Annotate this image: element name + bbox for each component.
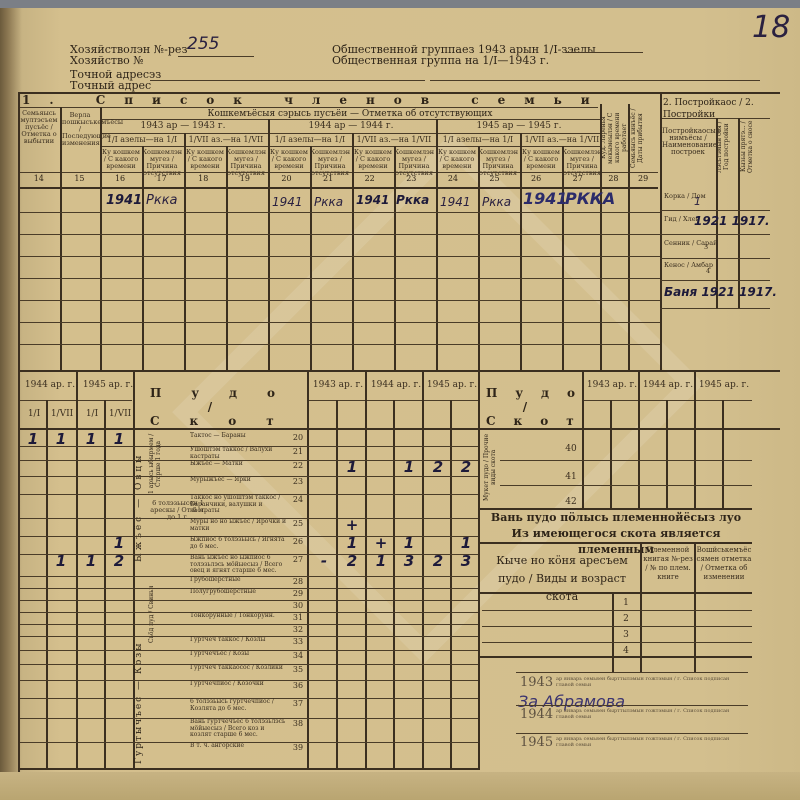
building-num: 1 xyxy=(694,195,701,208)
signature-year-1945: 1945 xyxy=(520,735,553,750)
livestock-row-label: Тонкорунные / Тонкорунн. xyxy=(190,613,286,620)
livestock-row-num: 26 xyxy=(290,537,306,546)
col28-label: Куд. Ларенья мекымеылэн / С какого време… xyxy=(600,104,628,172)
page-bottom xyxy=(0,772,800,800)
col29-label: Семьяысь кинъёс / Даты прибытия xyxy=(630,104,658,172)
grid-line xyxy=(600,104,602,372)
livestock-cell-mid: 2 xyxy=(426,552,450,570)
livestock-row-label: Мурыжъёс — Ярки xyxy=(190,477,286,484)
building-year: 1921 1917. xyxy=(694,214,770,228)
buildings-col-label: Постройкаосыя нимъёсы / Наименование пос… xyxy=(662,128,714,156)
livestock-row-num: 39 xyxy=(290,743,306,752)
row-rule xyxy=(20,600,478,601)
grid-line xyxy=(100,107,102,372)
subhead: 1/VII аз.—на 1/VII xyxy=(184,136,268,143)
year-1945: 1945 ар. г. xyxy=(696,380,752,390)
livestock-cell-mid: 1 xyxy=(369,552,393,570)
year-1943: 1943 ар. г. xyxy=(310,380,366,390)
livestock-row-num: 24 xyxy=(290,495,306,504)
signature-line xyxy=(516,733,748,734)
livestock-row-label: Вань гуртчечъёс 6 толэзьлэсь мӧйыесыз / … xyxy=(190,719,286,739)
livestock-cell-mid: 1 xyxy=(340,458,364,476)
livestock-row-num: 22 xyxy=(290,461,306,470)
col-num: 19 xyxy=(224,174,266,186)
row-rule xyxy=(20,322,660,323)
livestock-cell-left: 2 xyxy=(108,552,130,570)
livestock-row-num: 33 xyxy=(290,637,306,646)
livestock-row-num: 20 xyxy=(290,433,306,442)
cell-c24: 1941 xyxy=(440,195,471,209)
grid-line xyxy=(76,372,78,770)
sub-col-when: Ку кошкем / С какого времени xyxy=(102,149,140,170)
sub-col-when: Ку кошкем / С какого времени xyxy=(438,149,476,170)
grid-line xyxy=(638,372,640,510)
row-rule xyxy=(660,308,770,309)
grid-line xyxy=(478,372,480,770)
year-1944: 1944 ар. г. xyxy=(22,380,78,390)
subhead: 1/I азелы—на 1/I xyxy=(436,136,520,143)
rule xyxy=(480,542,752,544)
grid-line xyxy=(142,146,144,372)
underline xyxy=(150,80,425,81)
row-rule xyxy=(482,642,752,643)
livestock-row-label: Вань ыжъёс но ыжпиос 6 толэзьлэсь мӧйыес… xyxy=(190,555,286,575)
grid-line xyxy=(226,146,228,372)
livestock-cell-mid: 1 xyxy=(397,534,421,552)
col-num: 23 xyxy=(391,174,433,186)
col-num: 16 xyxy=(99,174,141,186)
livestock-cell-mid: 2 xyxy=(340,552,364,570)
grid-line xyxy=(46,400,48,770)
livestock-row-label: Гуртчечъёс / Козы xyxy=(190,651,286,658)
year-group-1943: 1943 ар — 1943 г. xyxy=(100,121,266,131)
year-group-1945: 1945 ар — 1945 г. xyxy=(436,121,602,131)
livestock-cell-mid: 2 xyxy=(454,458,478,476)
livestock-cell-left: 1 xyxy=(108,430,130,448)
livestock-row-num: 37 xyxy=(290,699,306,708)
sub-col-when: Ку кошкем / С какого времени xyxy=(522,149,560,170)
pedigree-row-num: 1 xyxy=(614,598,638,608)
rule xyxy=(18,768,480,770)
row-rule xyxy=(660,258,770,259)
row-rule xyxy=(20,344,660,345)
grid-line xyxy=(628,104,630,372)
col-num: 21 xyxy=(307,174,349,186)
livestock-cell-mid: 1 xyxy=(340,534,364,552)
livestock-cell-mid: 3 xyxy=(397,552,421,570)
cell-c27: РККА xyxy=(565,189,615,208)
livestock-cell-mid: - xyxy=(312,552,336,570)
livestock-row-num: 35 xyxy=(290,665,306,674)
pedigree-row-num: 4 xyxy=(614,646,638,656)
grid-line xyxy=(450,400,452,770)
livestock-cell-left: 1 xyxy=(80,552,102,570)
grid-line xyxy=(60,107,62,372)
livestock-row-num: 32 xyxy=(290,625,306,634)
grid-line xyxy=(18,92,20,772)
col-num: 17 xyxy=(141,174,183,186)
livestock-row-num: 27 xyxy=(290,555,306,564)
grid-line xyxy=(104,400,106,770)
signature-text: ар январь семьяен бырттылэмын гожтэмын /… xyxy=(556,736,746,748)
pedigree-row-num: 2 xyxy=(614,614,638,624)
row-rule xyxy=(482,626,752,627)
livestock-row-num: 29 xyxy=(290,589,306,598)
subhead: 1/VII аз.—на 1/VII xyxy=(520,136,604,143)
rule xyxy=(660,118,770,119)
page-number: 18 xyxy=(752,10,790,45)
sub-col-when: Ку кошкем / С какого времени xyxy=(354,149,392,170)
col-num: 26 xyxy=(515,174,557,186)
building-num: 4 xyxy=(706,268,710,275)
livestock-cell-mid: + xyxy=(369,534,393,552)
household-number: 255 xyxy=(187,34,219,54)
livestock-row-num: 34 xyxy=(290,651,306,660)
grid-line xyxy=(478,146,480,372)
row-rule xyxy=(20,278,660,279)
year-1945: 1945 ар. г. xyxy=(424,380,480,390)
livestock-row-label: Гуртчечпиос / Козочки xyxy=(190,681,286,688)
year-group-1944: 1944 ар — 1944 г. xyxy=(268,121,434,131)
sub-col-when: Ку кошкем / С какого времени xyxy=(270,149,308,170)
grid-line xyxy=(520,133,522,372)
rule xyxy=(480,592,752,594)
grid-line xyxy=(694,372,696,510)
cell-c23: Ркка xyxy=(396,193,429,207)
livestock-row-label: Ыжъёс — Матки xyxy=(190,461,286,468)
address-label-ru: Точный адрес xyxy=(70,80,151,92)
signature-year-1944: 1944 xyxy=(520,707,553,722)
cell-c17: Ркка xyxy=(146,193,178,208)
section1-title: 1. Список членов семьи xyxy=(22,93,609,107)
livestock-row-label: Таккос но ушоштэм таккос / Баранчики, ва… xyxy=(190,495,286,515)
livestock-cell-left: 1 xyxy=(80,430,102,448)
livestock-row-label: Гуртчеч таккос / Козлы xyxy=(190,637,286,644)
signature-year-1943: 1943 xyxy=(520,675,553,690)
livestock-row-label: Муры но но ыжъёс / Ярочки и матки xyxy=(190,519,286,532)
subhead: 1/VII аз.—на 1/VII xyxy=(352,136,436,143)
livestock-row-num: 25 xyxy=(290,519,306,528)
livestock-row-num: 21 xyxy=(290,447,306,456)
half-label: 1/VII xyxy=(106,409,134,419)
underline xyxy=(565,52,643,53)
buildings-col-note: Кызьы прятэ... / Отметка о сносе xyxy=(740,120,760,174)
livestock-row-label: В т. ч. ангорские xyxy=(190,743,286,750)
row-rule xyxy=(660,210,770,211)
cell-c20: 1941 xyxy=(272,195,303,209)
col-num: 29 xyxy=(628,174,658,186)
livestock-row-num: 31 xyxy=(290,613,306,622)
half-label: 1/I xyxy=(80,409,104,419)
livestock-cell-mid: + xyxy=(340,516,364,534)
signature-line xyxy=(516,705,748,706)
livestock-cell-mid: 2 xyxy=(426,458,450,476)
pedigree-col-book: Племенной книгая №-рез / № по плем. книг… xyxy=(642,546,694,582)
grid-line xyxy=(336,400,338,770)
col-num: 24 xyxy=(432,174,474,186)
grid-line xyxy=(562,146,564,372)
col-num: 22 xyxy=(349,174,391,186)
livestock-cell-left: 1 xyxy=(50,430,72,448)
grid-line xyxy=(307,372,309,770)
livestock-row-label: Тактос — Бараны xyxy=(190,433,286,440)
row-num: 42 xyxy=(562,497,580,507)
row-rule xyxy=(660,234,770,235)
livestock-cell-mid: 1 xyxy=(397,458,421,476)
cell-c21: Ркка xyxy=(314,195,343,209)
row-rule xyxy=(20,234,660,235)
livestock-row-label: 6 толэзьысь гуртчечпиос / Козлята до 6 м… xyxy=(190,699,286,712)
pedigree-title-komi: Вань пудо пӧлысь племеннойёсыз луо xyxy=(480,510,752,526)
grid-line xyxy=(582,372,584,510)
livestock-cell-left: 1 xyxy=(108,534,130,552)
cell-c26: 1941 xyxy=(523,189,568,208)
building-bath: Баня 1921 1917. xyxy=(664,285,777,299)
livestock-header-right: Пудо / Скот xyxy=(486,386,582,428)
grid-line xyxy=(436,119,438,372)
livestock-row-label: Ушоштэм таккос / Валухи кастраты xyxy=(190,447,286,460)
col14-label: Семьяысь мултэсъем пусъёс / Отметка о вы… xyxy=(19,110,59,145)
row-rule xyxy=(20,300,660,301)
col-num: 18 xyxy=(182,174,224,186)
year-1943: 1943 ар. г. xyxy=(584,380,640,390)
row-rule xyxy=(500,485,752,486)
row-rule xyxy=(482,610,752,611)
grid-line xyxy=(393,400,395,770)
row-rule xyxy=(500,460,752,461)
grid-line xyxy=(310,146,312,372)
row-rule xyxy=(660,280,770,281)
livestock-row-label: Ыжпиос 6 толэзьысь / Ягнята до 6 мес. xyxy=(190,537,286,550)
grid-line xyxy=(660,92,662,372)
pedigree-row-num: 3 xyxy=(614,630,638,640)
year-1944: 1944 ар. г. xyxy=(640,380,696,390)
grid-line xyxy=(422,372,424,770)
row-rule xyxy=(20,624,478,625)
grid-line xyxy=(666,400,668,510)
subhead: 1/I азелы—на 1/I xyxy=(268,136,352,143)
grid-line xyxy=(394,146,396,372)
col-num: 14 xyxy=(18,174,60,186)
col-num: 20 xyxy=(266,174,308,186)
rule xyxy=(100,146,600,147)
livestock-row-num: 38 xyxy=(290,719,306,728)
rule xyxy=(100,119,600,120)
row-num: 40 xyxy=(562,444,580,454)
household-label-ru: Хозяйство № xyxy=(70,55,144,67)
livestock-cell-mid: 1 xyxy=(454,534,478,552)
group-sheep: Ыжъёс — Овцы xyxy=(136,432,146,582)
rule xyxy=(480,656,752,658)
livestock-row-num: 30 xyxy=(290,601,306,610)
building-name: Сенник / Сарай xyxy=(664,240,717,247)
col-num: 28 xyxy=(599,174,629,186)
livestock-row-label: Грубошерстные xyxy=(190,577,286,584)
row-num: 41 xyxy=(562,472,580,482)
ledger-page: 18 Хозяйстволэн №-рез 255 Хозяйство № То… xyxy=(0,0,800,800)
half-label: 1/VII xyxy=(48,409,76,419)
year-1944: 1944 ар. г. xyxy=(368,380,424,390)
group-goats: Гуртычъёс — Козы xyxy=(136,640,148,765)
cell-c25: Ркка xyxy=(482,195,511,209)
pedigree-col-note: Вошйськемъёс сямен отметка / Отметка об … xyxy=(696,546,752,582)
row-rule xyxy=(20,256,660,257)
row-rule xyxy=(20,212,660,213)
grid-line xyxy=(268,119,270,372)
buildings-col-year: Лэсьтэмын сая / Год постройки xyxy=(716,120,736,174)
livestock-cell-mid: 3 xyxy=(454,552,478,570)
group-pigs: Сьӧд пуд / Свиньи xyxy=(148,584,168,644)
signature-text: ар январь семьяен бырттылэмын гожтэмын /… xyxy=(556,708,746,720)
livestock-row-label: Гуртчеч таккаосос / Козлики xyxy=(190,665,286,672)
group-other: Мукет пудо / Прочие виды скота xyxy=(483,432,499,502)
sub-col-when: Ку кошкем / С какого времени xyxy=(186,149,224,170)
livestock-row-num: 28 xyxy=(290,577,306,586)
col-num: 25 xyxy=(474,174,516,186)
livestock-cell-left: 1 xyxy=(50,552,72,570)
signature-text: ар январь семьяен бырттылэмын гожтэмын /… xyxy=(556,676,746,688)
grid-line xyxy=(184,133,186,372)
scanner-edge xyxy=(0,0,800,8)
subhead: 1/I азелы—на 1/I xyxy=(100,136,184,143)
livestock-cell-left: 1 xyxy=(22,430,44,448)
group-sheep-old: 1 арысь ыбырмем / Старше 1 года xyxy=(148,432,168,496)
half-label: 1/I xyxy=(22,409,46,419)
col15-label: Верла пошкысъкемъёсы / Последующие измен… xyxy=(62,112,98,147)
cell-c16: 1941 xyxy=(106,193,142,208)
livestock-row-num: 36 xyxy=(290,681,306,690)
building-num: 3 xyxy=(704,244,708,251)
col-num: 15 xyxy=(60,174,100,186)
cell-c22: 1941 xyxy=(356,193,389,207)
underline xyxy=(178,56,254,57)
livestock-header: Пудо / Скот xyxy=(150,386,300,428)
signature-line xyxy=(516,672,748,673)
livestock-row-label: Полугрубошерстные xyxy=(190,589,286,596)
rule xyxy=(100,133,600,134)
grid-line xyxy=(365,372,367,770)
grid-line xyxy=(722,400,724,510)
underline xyxy=(430,80,760,81)
livestock-row-num: 23 xyxy=(290,477,306,486)
grid-line xyxy=(610,400,612,510)
grid-line xyxy=(352,133,354,372)
year-1945: 1945 ар. г. xyxy=(82,380,134,390)
group-label-ru: Общественная группа на 1/I—1943 г. xyxy=(332,55,549,67)
